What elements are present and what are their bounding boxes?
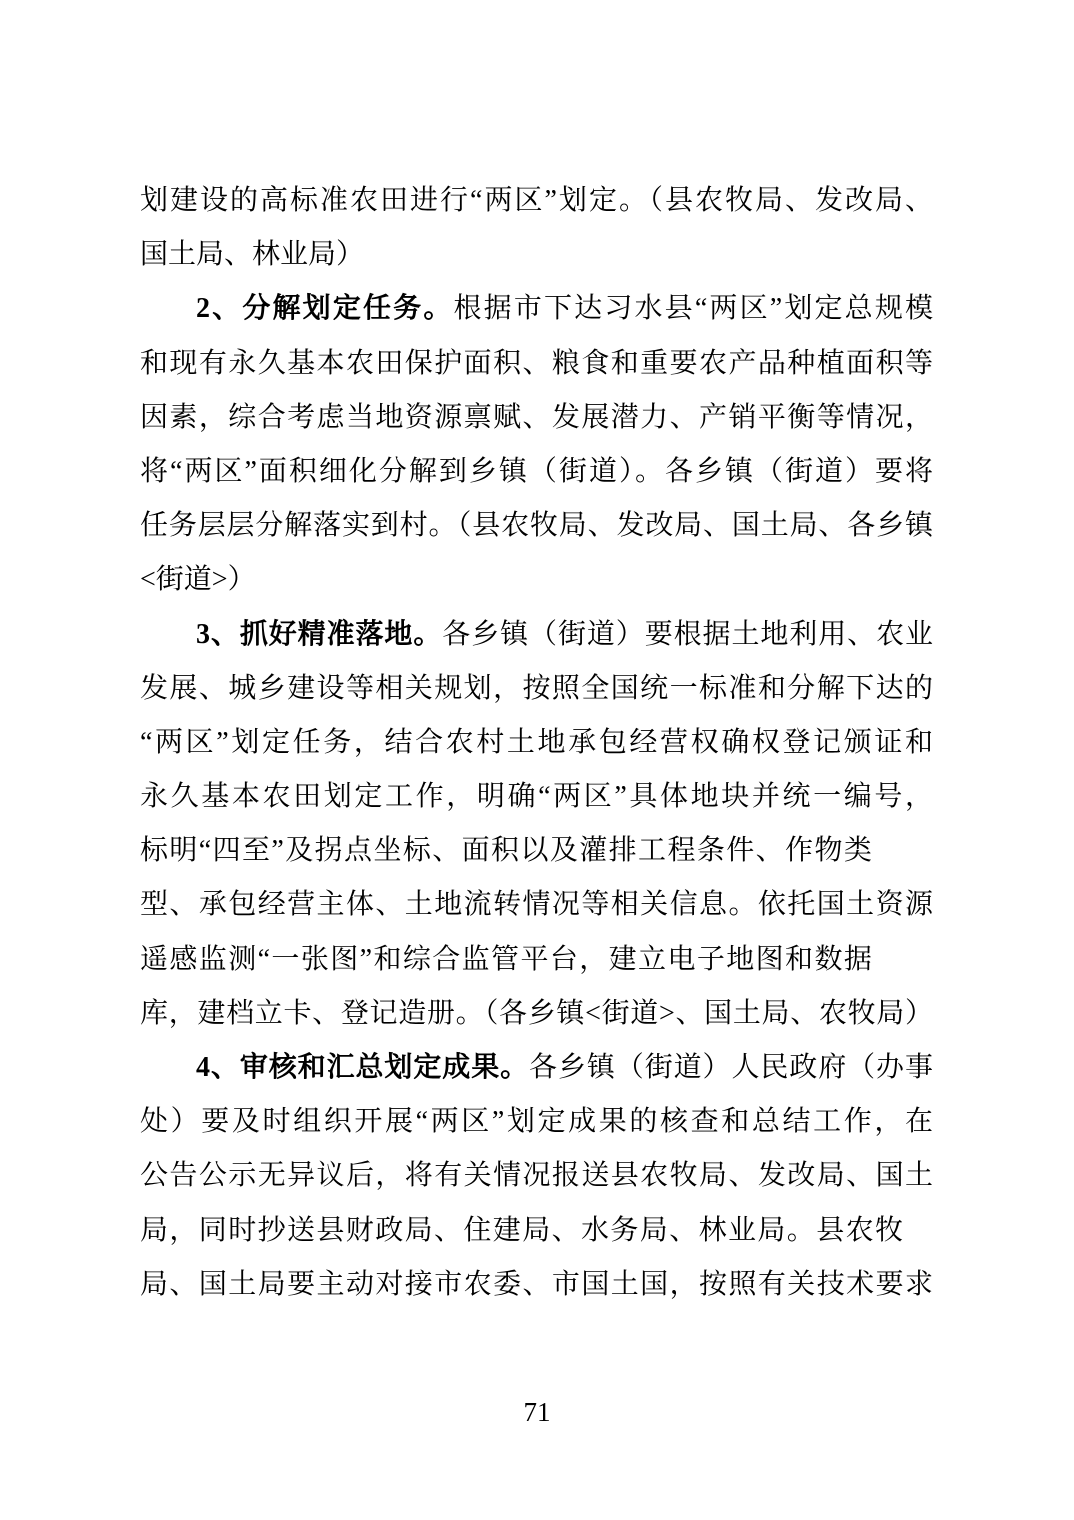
- body-text: 遥感监测“一张图”和综合监管平台，建立电子地图和数据: [140, 944, 873, 975]
- text-line: 因素，综合考虑当地资源禀赋、发展潜力、产销平衡等情况，: [140, 391, 933, 445]
- text-line: 任务层层分解落实到村。（县农牧局、发改局、国土局、各乡镇: [140, 499, 933, 553]
- text-line: 公告公示无异议后，将有关情况报送县农牧局、发改局、国土: [140, 1149, 933, 1203]
- text-line: 2、分解划定任务。根据市下达习水县“两区”划定总规模: [140, 282, 933, 336]
- text-line: 和现有永久基本农田保护面积、粮食和重要农产品种植面积等: [140, 337, 933, 391]
- text-line: 将“两区”面积细化分解到乡镇（街道）。各乡镇（街道）要将: [140, 445, 933, 499]
- page-number: 71: [0, 1396, 1074, 1428]
- text-line: 型、承包经营主体、土地流转情况等相关信息。依托国土资源: [140, 878, 933, 932]
- document-body: 划建设的高标准农田进行“两区”划定。（县农牧局、发改局、国土局、林业局）2、分解…: [140, 174, 933, 1312]
- body-text: 永久基本农田划定工作，明确“两区”具体地块并统一编号，: [140, 781, 933, 812]
- text-line: “两区”划定任务，结合农村土地承包经营权确权登记颁证和: [140, 716, 933, 770]
- text-line: 3、抓好精准落地。各乡镇（街道）要根据土地利用、农业: [140, 608, 933, 662]
- body-text: 各乡镇（街道）要根据土地利用、农业: [442, 619, 933, 650]
- body-text: 库，建档立卡、登记造册。（各乡镇<街道>、国土局、农牧局）: [140, 998, 933, 1029]
- text-line: 处）要及时组织开展“两区”划定成果的核查和总结工作，在: [140, 1095, 933, 1149]
- heading-text: 2、分解划定任务。: [196, 293, 454, 324]
- text-line: 遥感监测“一张图”和综合监管平台，建立电子地图和数据: [140, 933, 933, 987]
- text-line: 局、国土局要主动对接市农委、市国土国，按照有关技术要求: [140, 1258, 933, 1312]
- text-line: <街道>）: [140, 553, 933, 607]
- text-line: 库，建档立卡、登记造册。（各乡镇<街道>、国土局、农牧局）: [140, 987, 933, 1041]
- body-text: <街道>）: [140, 564, 256, 595]
- text-line: 4、审核和汇总划定成果。各乡镇（街道）人民政府（办事: [140, 1041, 933, 1095]
- body-text: 发展、城乡建设等相关规划，按照全国统一标准和分解下达的: [140, 673, 933, 704]
- body-text: 和现有永久基本农田保护面积、粮食和重要农产品种植面积等: [140, 348, 933, 379]
- body-text: 局，同时抄送县财政局、住建局、水务局、林业局。县农牧: [140, 1215, 904, 1246]
- body-text: 标明“四至”及拐点坐标、面积以及灌排工程条件、作物类: [140, 835, 873, 866]
- body-text: 任务层层分解落实到村。（县农牧局、发改局、国土局、各乡镇: [140, 510, 933, 541]
- body-text: 根据市下达习水县“两区”划定总规模: [454, 293, 934, 324]
- body-text: 型、承包经营主体、土地流转情况等相关信息。依托国土资源: [140, 889, 933, 920]
- body-text: 局、国土局要主动对接市农委、市国土国，按照有关技术要求: [140, 1269, 933, 1300]
- body-text: 处）要及时组织开展“两区”划定成果的核查和总结工作，在: [140, 1106, 933, 1137]
- heading-text: 4、审核和汇总划定成果。: [196, 1052, 529, 1083]
- text-line: 划建设的高标准农田进行“两区”划定。（县农牧局、发改局、: [140, 174, 933, 228]
- body-text: 划建设的高标准农田进行“两区”划定。（县农牧局、发改局、: [140, 185, 933, 216]
- text-line: 标明“四至”及拐点坐标、面积以及灌排工程条件、作物类: [140, 824, 933, 878]
- text-line: 局，同时抄送县财政局、住建局、水务局、林业局。县农牧: [140, 1204, 933, 1258]
- document-page: 划建设的高标准农田进行“两区”划定。（县农牧局、发改局、国土局、林业局）2、分解…: [0, 0, 1074, 1520]
- body-text: 将“两区”面积细化分解到乡镇（街道）。各乡镇（街道）要将: [140, 456, 933, 487]
- body-text: 各乡镇（街道）人民政府（办事: [529, 1052, 933, 1083]
- text-line: 永久基本农田划定工作，明确“两区”具体地块并统一编号，: [140, 770, 933, 824]
- heading-text: 3、抓好精准落地。: [196, 619, 442, 650]
- text-line: 发展、城乡建设等相关规划，按照全国统一标准和分解下达的: [140, 662, 933, 716]
- body-text: 因素，综合考虑当地资源禀赋、发展潜力、产销平衡等情况，: [140, 402, 933, 433]
- text-line: 国土局、林业局）: [140, 228, 933, 282]
- body-text: 公告公示无异议后，将有关情况报送县农牧局、发改局、国土: [140, 1160, 933, 1191]
- body-text: 国土局、林业局）: [140, 239, 364, 270]
- body-text: “两区”划定任务，结合农村土地承包经营权确权登记颁证和: [140, 727, 933, 758]
